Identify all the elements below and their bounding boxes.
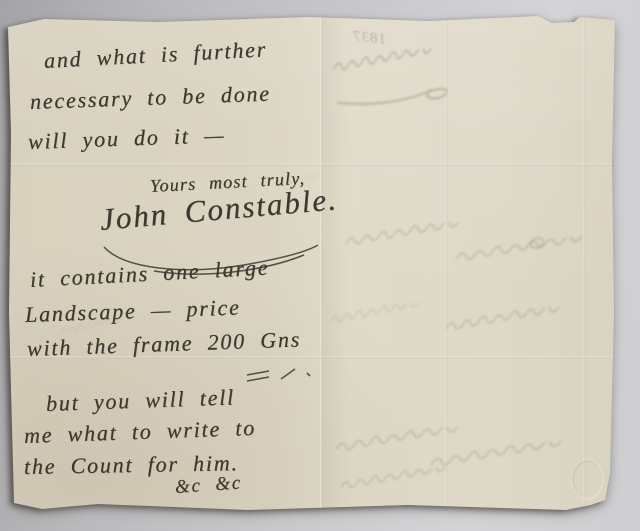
signature: John Constable.	[99, 182, 340, 237]
paper-sheet: 1837 and what is further necessary to be…	[8, 13, 616, 517]
postscript: &c &c	[174, 473, 242, 499]
emphasis-marks	[245, 365, 325, 387]
showthrough-script-line	[443, 305, 578, 336]
showthrough-docket-flourish	[332, 71, 450, 109]
letter-line: Landscape — price	[25, 295, 241, 327]
letter-line: but you will tell	[46, 385, 236, 416]
scanner-bed: 1837 and what is further necessary to be…	[0, 0, 640, 531]
showthrough-loop	[527, 235, 547, 250]
fold-crease-vertical-right2	[583, 13, 586, 517]
showthrough-script-line	[338, 466, 462, 494]
letter-line: necessary to be done	[30, 82, 272, 115]
letter-line: will you do it —	[28, 123, 226, 154]
letter-line: and what is further	[43, 37, 267, 73]
embossed-stamp	[571, 459, 603, 499]
showthrough-docket-year: 1837	[351, 28, 387, 48]
letter-page: 1837 and what is further necessary to be…	[8, 13, 616, 517]
letter-line: it contains one large	[29, 255, 269, 292]
letter-line: me what to write to	[24, 416, 257, 448]
fold-crease-horizontal-upper	[8, 163, 616, 166]
